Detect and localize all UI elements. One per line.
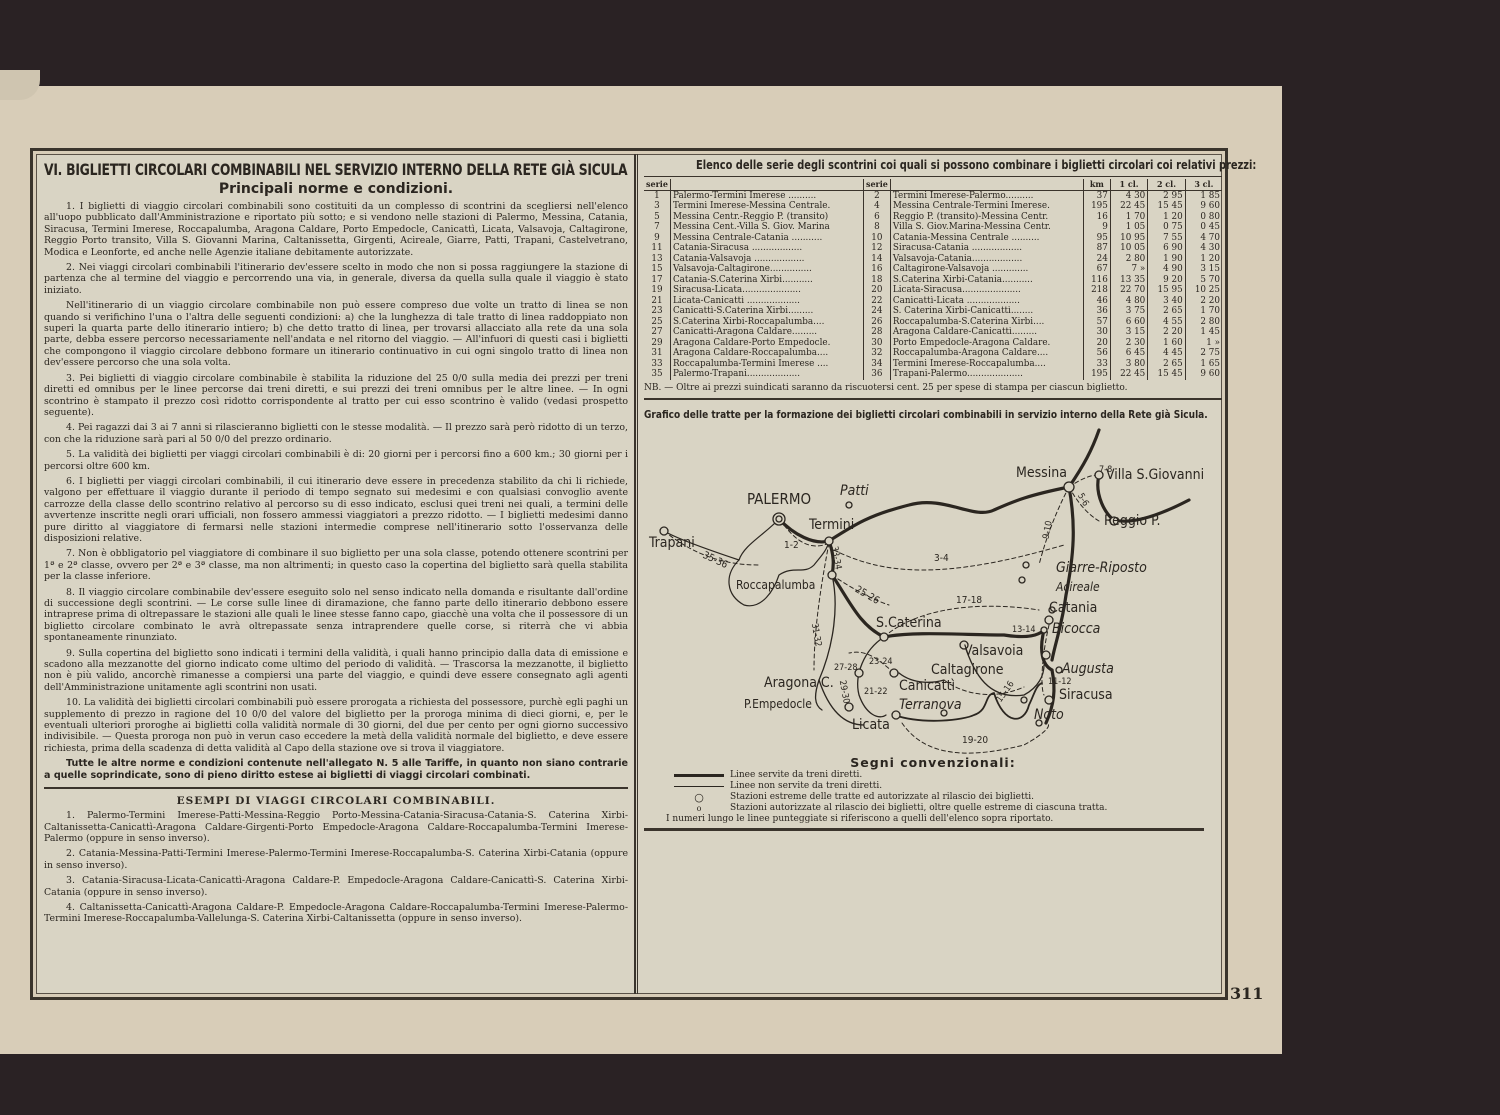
km-value: 20 [1083,338,1110,349]
rule-paragraph: 1. I biglietti di viaggio circolari comb… [44,201,628,258]
divider [644,176,1222,177]
route-name: Catania-Messina Centrale .......... [890,233,1083,244]
large-circle-icon: ○ [674,792,724,803]
station-licata: Licata [852,717,890,733]
tratta-number: 27-28 [834,663,858,673]
station-trapani: Trapani [649,535,695,551]
km-value: 57 [1083,317,1110,328]
route-name: Canicattì-Aragona Caldare......... [670,327,863,338]
route-name: Siracusa-Catania .................. [890,243,1083,254]
table-row: 33Roccapalumba-Termini Imerese ....34Ter… [644,359,1222,370]
price-class2: 4 45 [1148,348,1185,359]
route-name: Aragona Caldare-Roccapalumba.... [670,348,863,359]
series-list-title: Elenco delle serie degli scontrini coi q… [696,158,1170,172]
route-name: S.Caterina Xirbi-Catania........... [890,275,1083,286]
price-class2: 2 65 [1148,359,1185,370]
price-class3: 3 15 [1185,264,1222,275]
km-value: 195 [1083,369,1110,380]
serie-number: 31 [644,348,670,359]
serie-number: 29 [644,338,670,349]
route-name: Siracusa-Licata..................... [670,285,863,296]
price-class1: 13 35 [1110,275,1147,286]
km-value: 37 [1083,190,1110,201]
tratta-number: 23-24 [869,657,893,667]
station-noto: Noto [1034,707,1064,723]
right-column: Elenco delle serie degli scontrini coi q… [644,158,1222,831]
price-class1: 1 05 [1110,222,1147,233]
table-row: 19Siracusa-Licata.....................20… [644,285,1222,296]
serie-number: 28 [863,327,890,338]
price-class3: 1 70 [1185,306,1222,317]
price-class2: 2 20 [1148,327,1185,338]
station-canicatti: Canicattì [899,678,955,694]
station-roccapalumba: Roccapalumba [736,578,815,592]
rule-paragraph: 5. La validità dei biglietti per viaggi … [44,449,628,472]
serie-number: 8 [863,222,890,233]
tratta-number: 7-8 [1099,465,1112,475]
table-row: 9Messina Centrale-Catania ...........10C… [644,233,1222,244]
km-value: 218 [1083,285,1110,296]
station-terranova: Terranova [899,697,962,713]
route-name: Roccapalumba-Termini Imerese .... [670,359,863,370]
thin-line-icon [674,786,724,787]
legend-item: o Stazioni autorizzate al rilascio dei b… [674,803,1222,814]
tratta-number: 11-12 [1048,677,1072,687]
route-name: Termini Imerese-Messina Centrale. [670,201,863,212]
table-row: 3Termini Imerese-Messina Centrale.4Messi… [644,201,1222,212]
serie-number: 17 [644,275,670,286]
serie-number: 30 [863,338,890,349]
route-name: Porto Empedocle-Aragona Caldare. [890,338,1083,349]
example-item: 2. Catania-Messina-Patti-Termini Imerese… [44,848,628,871]
tratta-number: 21-22 [864,687,888,697]
route-name: Messina Centrale-Catania ........... [670,233,863,244]
col-header-serie: serie [863,179,890,190]
km-value: 16 [1083,212,1110,223]
price-class1: 4 30 [1110,190,1147,201]
price-class3: 1 45 [1185,327,1222,338]
serie-number: 24 [863,306,890,317]
km-value: 116 [1083,275,1110,286]
serie-number: 20 [863,285,890,296]
col-header-class2: 2 cl. [1148,179,1185,190]
col-header-route [890,179,1083,190]
station-patti: Patti [840,483,869,499]
price-class1: 3 15 [1110,327,1147,338]
price-class3: 0 45 [1185,222,1222,233]
price-class2: 2 65 [1148,306,1185,317]
price-class3: 10 25 [1185,285,1222,296]
price-class1: 7 » [1110,264,1147,275]
railway-map: Messina Villa S.Giovanni PALERMO Patti T… [644,425,1222,755]
price-class3: 1 » [1185,338,1222,349]
price-class2: 4 55 [1148,317,1185,328]
station-porto-empedocle: P.Empedocle [744,697,812,711]
route-name: Villa S. Giov.Marina-Messina Centr. [890,222,1083,233]
legend-label: Stazioni estreme delle tratte ed autoriz… [730,792,1034,803]
page-number: 311 [1230,984,1263,1003]
km-value: 24 [1083,254,1110,265]
price-class1: 1 70 [1110,212,1147,223]
price-class3: 5 70 [1185,275,1222,286]
station-termini: Termini [809,517,854,533]
tratta-number: 19-20 [962,735,988,746]
rule-paragraph: 10. La validità dei biglietti circolari … [44,697,628,754]
price-class1: 3 80 [1110,359,1147,370]
example-item: 1. Palermo-Termini Imerese-Patti-Messina… [44,810,628,844]
table-row: 11Catania-Siracusa ..................12S… [644,243,1222,254]
examples-title: ESEMPI DI VIAGGI CIRCOLARI COMBINABILI. [44,795,628,807]
table-row: 13Catania-Valsavoja ..................14… [644,254,1222,265]
graph-title: Grafico delle tratte per la formazione d… [644,408,1118,421]
station-caltagirone: Caltagirone [931,662,1003,678]
rule-paragraph: 2. Nei viaggi circolari combinabili l'it… [44,262,628,296]
price-class1: 10 05 [1110,243,1147,254]
station-augusta: Augusta [1062,661,1114,677]
serie-number: 33 [644,359,670,370]
rule-paragraph: 3. Pei biglietti di viaggio circolare co… [44,373,628,419]
km-value: 87 [1083,243,1110,254]
price-class3: 0 80 [1185,212,1222,223]
serie-number: 32 [863,348,890,359]
route-name: Catania-Valsavoja .................. [670,254,863,265]
tratta-number: 17-18 [956,595,982,606]
table-row: 5Messina Centr.-Reggio P. (transito)6Reg… [644,212,1222,223]
route-name: S.Caterina Xirbi-Roccapalumba.... [670,317,863,328]
station-aragona-caldare: Aragona C. [764,675,834,691]
price-class3: 1 85 [1185,190,1222,201]
divider [644,828,1204,831]
closing-paragraph: Tutte le altre norme e condizioni conten… [44,758,628,781]
table-row: 17Catania-S.Caterina Xirbi...........18S… [644,275,1222,286]
left-column: VI. BIGLIETTI CIRCOLARI COMBINABILI NEL … [44,160,628,929]
price-class1: 2 30 [1110,338,1147,349]
legend-title: Segni convenzionali: [644,755,1222,770]
serie-number: 22 [863,296,890,307]
price-class1: 6 45 [1110,348,1147,359]
price-class3: 4 70 [1185,233,1222,244]
price-class1: 6 60 [1110,317,1147,328]
price-class3: 2 20 [1185,296,1222,307]
price-class2: 15 95 [1148,285,1185,296]
thick-line-icon [674,774,724,777]
route-name: Valsavoja-Catania.................. [890,254,1083,265]
tratta-number: 13-14 [1012,625,1036,635]
serie-number: 35 [644,369,670,380]
price-class1: 4 80 [1110,296,1147,307]
km-value: 95 [1083,233,1110,244]
serie-number: 4 [863,201,890,212]
price-class2: 1 60 [1148,338,1185,349]
station-catania: Catania [1049,600,1097,616]
serie-number: 19 [644,285,670,296]
serie-number: 34 [863,359,890,370]
serie-number: 5 [644,212,670,223]
price-class3: 2 75 [1185,348,1222,359]
serie-number: 6 [863,212,890,223]
rule-paragraph: 8. Il viaggio circolare combinabile dev'… [44,587,628,644]
table-row: 21Licata-Canicattì ...................22… [644,296,1222,307]
serie-number: 14 [863,254,890,265]
serie-number: 36 [863,369,890,380]
route-name: Palermo-Termini Imerese .......... [670,190,863,201]
serie-number: 1 [644,190,670,201]
km-value: 33 [1083,359,1110,370]
legend-note: I numeri lungo le linee punteggiate si r… [666,814,1222,824]
price-class2: 7 55 [1148,233,1185,244]
table-row: 23Canicattì-S.Caterina Xirbi.........24S… [644,306,1222,317]
col-header-serie: serie [644,179,670,190]
station-acireale: Acireale [1056,580,1100,594]
route-name: Aragona Caldare-Porto Empedocle. [670,338,863,349]
legend-label: Stazioni autorizzate al rilascio dei big… [730,803,1107,814]
price-class2: 1 20 [1148,212,1185,223]
serie-number: 7 [644,222,670,233]
price-class1: 2 80 [1110,254,1147,265]
km-value: 9 [1083,222,1110,233]
station-palermo: PALERMO [747,490,811,508]
station-villa-s-giovanni: Villa S.Giovanni [1106,467,1204,483]
km-value: 67 [1083,264,1110,275]
table-row: 27Canicattì-Aragona Caldare.........28Ar… [644,327,1222,338]
price-class2: 2 95 [1148,190,1185,201]
serie-number: 27 [644,327,670,338]
route-name: Licata-Canicattì ................... [670,296,863,307]
route-name: Catania-Siracusa .................. [670,243,863,254]
small-circle-icon: o [674,803,724,814]
serie-number: 25 [644,317,670,328]
route-name: Messina Centr.-Reggio P. (transito) [670,212,863,223]
serie-number: 13 [644,254,670,265]
serie-number: 11 [644,243,670,254]
serie-number: 23 [644,306,670,317]
price-class2: 15 45 [1148,201,1185,212]
legend-item: Linee servite da treni diretti. [674,770,1222,781]
table-row: 15Valsavoja-Caltagirone...............16… [644,264,1222,275]
km-value: 30 [1083,327,1110,338]
price-class2: 15 45 [1148,369,1185,380]
price-class1: 22 70 [1110,285,1147,296]
station-valsavoia: Valsavoia [964,643,1023,659]
price-class2: 9 20 [1148,275,1185,286]
column-divider [634,154,638,994]
price-class2: 6 90 [1148,243,1185,254]
serie-number: 18 [863,275,890,286]
section-subtitle: Principali norme e condizioni. [44,181,628,197]
price-class1: 3 75 [1110,306,1147,317]
table-row: 35Palermo-Trapani...................36Tr… [644,369,1222,380]
table-row: 29Aragona Caldare-Porto Empedocle.30Port… [644,338,1222,349]
route-name: Canicattì-S.Caterina Xirbi......... [670,306,863,317]
serie-number: 26 [863,317,890,328]
station-reggio: Reggio P. [1104,513,1161,529]
col-header-route [670,179,863,190]
station-bicocca: Bicocca [1052,621,1100,637]
rule-paragraph: Nell'itinerario di un viaggio circolare … [44,300,628,368]
price-class2: 4 90 [1148,264,1185,275]
table-row: 1Palermo-Termini Imerese ..........2Term… [644,190,1222,201]
route-name: Trapani-Palermo.................... [890,369,1083,380]
serie-number: 9 [644,233,670,244]
serie-number: 15 [644,264,670,275]
table-row: 25S.Caterina Xirbi-Roccapalumba....26Roc… [644,317,1222,328]
route-name: Reggio P. (transito)-Messina Centr. [890,212,1083,223]
serie-number: 10 [863,233,890,244]
km-value: 36 [1083,306,1110,317]
example-item: 3. Catania-Siracusa-Licata-Canicattì-Ara… [44,875,628,898]
price-class1: 22 45 [1110,201,1147,212]
legend-label: Linee non servite da treni diretti. [730,781,882,792]
price-class1: 22 45 [1110,369,1147,380]
station-siracusa: Siracusa [1059,687,1113,703]
legend-label: Linee servite da treni diretti. [730,770,862,781]
route-name: Messina Centrale-Termini Imerese. [890,201,1083,212]
legend-item: Linee non servite da treni diretti. [674,781,1222,792]
route-name: Roccapalumba-Aragona Caldare.... [890,348,1083,359]
route-name: Messina Cent.-Villa S. Giov. Marina [670,222,863,233]
tratta-number: 1-2 [784,540,799,551]
route-name: Caltagirone-Valsavoja ............. [890,264,1083,275]
col-header-km: km [1083,179,1110,190]
rule-paragraph: 7. Non è obbligatorio pel viaggiatore di… [44,548,628,582]
price-class3: 1 65 [1185,359,1222,370]
serie-number: 12 [863,243,890,254]
serie-number: 21 [644,296,670,307]
price-class3: 4 30 [1185,243,1222,254]
price-class2: 0 75 [1148,222,1185,233]
route-name: Termini Imerese-Roccapalumba.... [890,359,1083,370]
station-messina: Messina [1016,465,1067,481]
station-giarre-riposto: Giarre-Riposto [1056,560,1147,576]
price-class3: 9 60 [1185,201,1222,212]
km-value: 56 [1083,348,1110,359]
route-name: Valsavoja-Caltagirone............... [670,264,863,275]
table-row: 31Aragona Caldare-Roccapalumba....32Rocc… [644,348,1222,359]
price-class3: 1 20 [1185,254,1222,265]
col-header-class3: 3 cl. [1185,179,1222,190]
route-name: Aragona Caldare-Canicattì......... [890,327,1083,338]
km-value: 46 [1083,296,1110,307]
table-row: 7Messina Cent.-Villa S. Giov. Marina8Vil… [644,222,1222,233]
serie-number: 2 [863,190,890,201]
route-name: Roccapalumba-S.Caterina Xirbi.... [890,317,1083,328]
price-class3: 9 60 [1185,369,1222,380]
divider [644,398,1222,400]
rule-paragraph: 6. I biglietti per viaggi circolari comb… [44,476,628,544]
price-class3: 2 80 [1185,317,1222,328]
route-name: Catania-S.Caterina Xirbi........... [670,275,863,286]
price-class2: 3 40 [1148,296,1185,307]
series-table: serie serie km 1 cl. 2 cl. 3 cl. 1Palerm… [644,179,1222,380]
section-title: VI. BIGLIETTI CIRCOLARI COMBINABILI NEL … [44,160,546,179]
route-name: Canicattì-Licata ................... [890,296,1083,307]
col-header-class1: 1 cl. [1110,179,1147,190]
route-name: Termini Imerese-Palermo.......... [890,190,1083,201]
rule-paragraph: 9. Sulla copertina del biglietto sono in… [44,648,628,694]
serie-number: 16 [863,264,890,275]
price-class1: 10 95 [1110,233,1147,244]
legend-item: ○ Stazioni estreme delle tratte ed autor… [674,792,1222,803]
route-name: Licata-Siracusa..................... [890,285,1083,296]
serie-number: 3 [644,201,670,212]
route-name: Palermo-Trapani................... [670,369,863,380]
station-s-caterina: S.Caterina [876,615,942,631]
example-item: 4. Caltanissetta-Canicattì-Aragona Calda… [44,902,628,925]
route-name: S. Caterina Xirbi-Canicattì........ [890,306,1083,317]
nb-note: NB. — Oltre ai prezzi suindicati saranno… [644,383,1222,394]
km-value: 195 [1083,201,1110,212]
rule-paragraph: 4. Pei ragazzi dai 3 ai 7 anni si rilasc… [44,422,628,445]
price-class2: 1 90 [1148,254,1185,265]
divider [44,787,628,789]
tratta-number: 3-4 [934,553,949,564]
